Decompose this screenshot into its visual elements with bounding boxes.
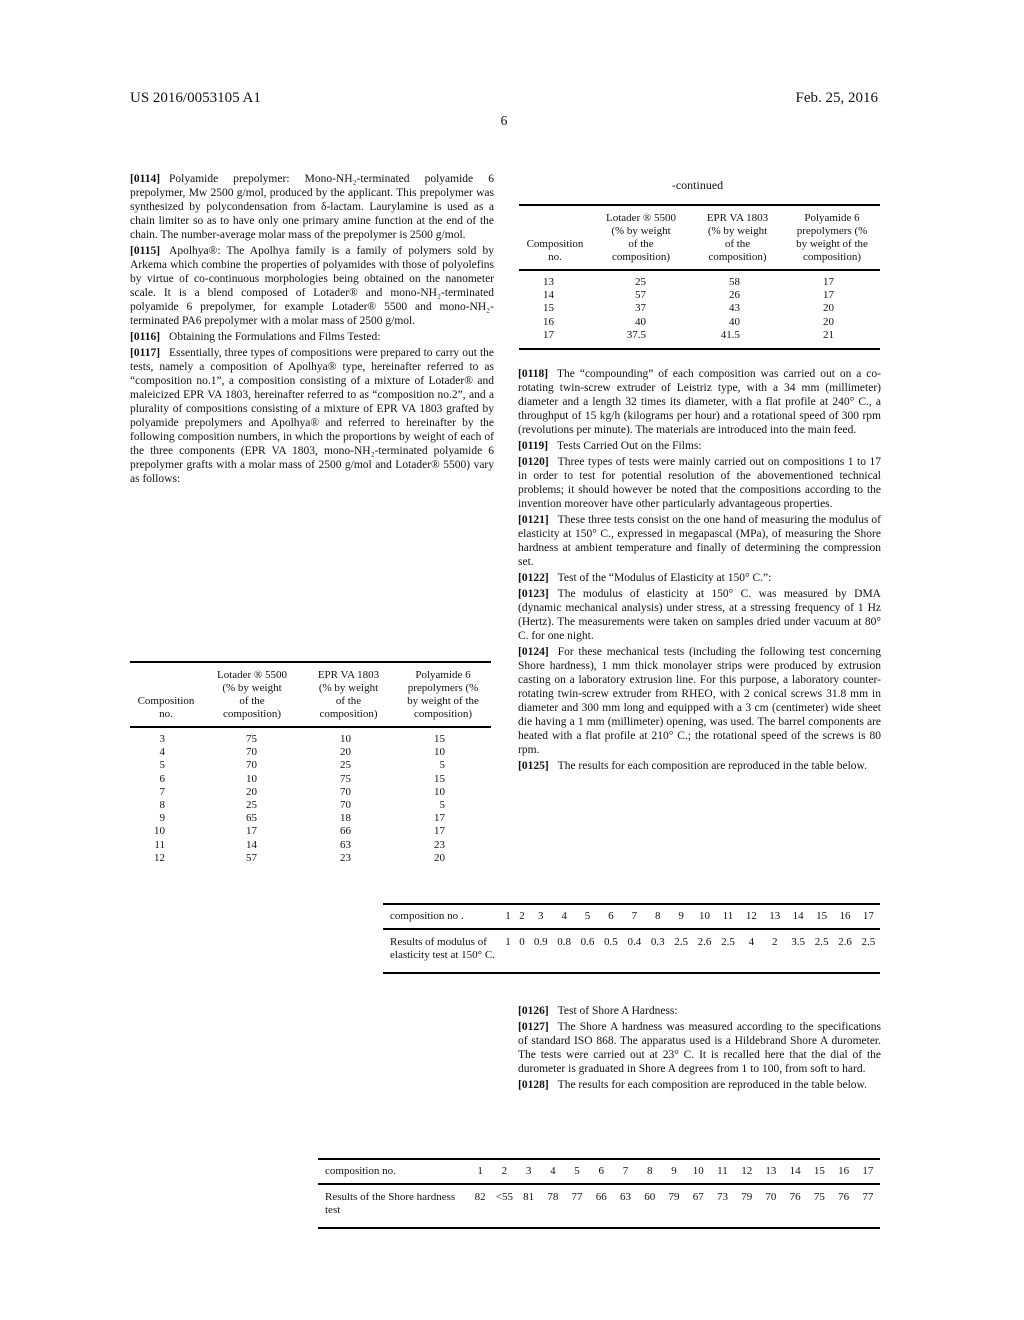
page-number: 6 [130,113,878,129]
table-row: 13255817 [519,270,880,289]
patent-page: { "colors": {"text": "#111111", "backgro… [0,0,1024,1320]
paragraph-number: [0126] [518,1005,549,1017]
row-label: Results of the Shore hardness test [318,1191,468,1218]
table-cell: 23 [395,839,491,852]
composition-number: 15 [807,1165,831,1179]
composition-number: 12 [735,1165,759,1179]
result-value: <55 [492,1191,516,1205]
row-label: Results of modulus of elasticity test at… [383,936,501,963]
table-row: 825705 [130,799,491,812]
composition-number: 17 [856,1165,880,1179]
result-value: 76 [832,1191,856,1205]
row-label: composition no . [383,910,501,924]
table-cell: 63 [302,839,395,852]
table-cell: 10 [130,825,202,838]
right-column-1: [0118]The “compounding” of each composit… [518,367,881,775]
patent-number: US 2016/0053105 A1 [130,90,261,107]
table-cell: 17 [519,329,591,349]
paragraph-0118: [0118]The “compounding” of each composit… [518,367,881,437]
table-cell: 70 [302,786,395,799]
paragraph-text: For these mechanical tests (including th… [518,646,881,756]
paragraph-text: The modulus of elasticity at 150° C. was… [518,588,881,642]
table-row: 15374320 [519,302,880,315]
result-value: 0.5 [599,936,622,950]
table-cell: 20 [302,746,395,759]
table-cell: 40 [591,316,691,329]
result-value: 77 [856,1191,880,1205]
result-value: 0.3 [646,936,669,950]
row-label: composition no. [318,1165,468,1179]
result-value: 0.8 [552,936,575,950]
composition-number: 3 [529,910,552,924]
table-cell: 26 [691,289,784,302]
table-cell: 20 [202,786,302,799]
paragraph-text: Polyamide prepolymer: Mono-NH₂-terminate… [130,173,494,241]
paragraph-0123: [0123]The modulus of elasticity at 150° … [518,587,881,643]
table-cell: 75 [202,727,302,746]
table-cell: 9 [130,812,202,825]
table-row: 1737.541.521 [519,329,880,349]
paragraph-number: [0122] [518,572,549,584]
paragraph-text: The “compounding” of each composition wa… [518,368,881,436]
table-cell: 20 [784,316,880,329]
paragraph-number: [0118] [518,368,548,380]
result-value: 66 [589,1191,613,1205]
results-row: composition no .123456789101112131415161… [383,905,880,930]
paragraph-number: [0125] [518,760,549,772]
table-cell: 14 [202,839,302,852]
column-header: EPR VA 1803 (% by weight of the composit… [691,205,784,270]
paragraph-text: Essentially, three types of compositions… [130,347,494,485]
paragraph-0127: [0127]The Shore A hardness was measured … [518,1020,881,1076]
table-cell: 75 [302,773,395,786]
table-cell: 10 [395,746,491,759]
table-row: 570255 [130,759,491,772]
paragraph-number: [0117] [130,347,160,359]
table-cell: 15 [519,302,591,315]
table-cell: 17 [395,812,491,825]
table-cell: 10 [202,773,302,786]
paragraph-0126: [0126]Test of Shore A Hardness: [518,1004,881,1018]
composition-number: 1 [501,910,515,924]
table-cell: 57 [202,852,302,865]
composition-number: 8 [638,1165,662,1179]
table-cell: 17 [784,270,880,289]
result-value: 0 [515,936,529,950]
shore-results-table: composition no.1234567891011121314151617… [318,1158,880,1229]
column-header: Composition no. [519,205,591,270]
table-cell: 58 [691,270,784,289]
table-cell: 5 [395,799,491,812]
paragraph-text: Test of the “Modulus of Elasticity at 15… [558,572,772,584]
paragraph-text: The results for each composition are rep… [558,760,867,772]
table-cell: 13 [519,270,591,289]
column-header: EPR VA 1803 (% by weight of the composit… [302,662,395,727]
table-cell: 17 [395,825,491,838]
composition-number: 14 [786,910,809,924]
paragraph-number: [0124] [518,646,549,658]
composition-number: 10 [693,910,716,924]
paragraph-number: [0120] [518,456,549,468]
column-header: Lotader ® 5500 (% by weight of the compo… [591,205,691,270]
column-header: Lotader ® 5500 (% by weight of the compo… [202,662,302,727]
paragraph-0119: [0119]Tests Carried Out on the Films: [518,439,881,453]
row-values: 1234567891011121314151617 [468,1165,880,1179]
paragraph-text: Tests Carried Out on the Films: [557,440,702,452]
table-cell: 70 [302,799,395,812]
table-cell: 15 [395,773,491,786]
header-row: Composition no.Lotader ® 5500 (% by weig… [130,662,491,727]
paragraph-text: Three types of tests were mainly carried… [518,456,881,510]
table-cell: 15 [395,727,491,746]
paragraph-0117: [0117]Essentially, three types of compos… [130,346,494,486]
composition-number: 3 [516,1165,540,1179]
composition-number: 13 [763,910,786,924]
modulus-results-table: composition no .123456789101112131415161… [383,903,880,974]
table-cell: 41.5 [691,329,784,349]
composition-number: 17 [857,910,880,924]
result-value: 2.5 [857,936,880,950]
result-value: 76 [783,1191,807,1205]
table-cell: 66 [302,825,395,838]
paragraph-text: The Shore A hardness was measured accord… [518,1021,881,1075]
table-cell: 70 [202,746,302,759]
result-value: 2.5 [716,936,739,950]
table-cell: 37.5 [591,329,691,349]
table-row: 16404020 [519,316,880,329]
table-cell: 16 [519,316,591,329]
table-row: 3751015 [130,727,491,746]
paragraph-text: Obtaining the Formulations and Films Tes… [169,331,380,343]
paragraph-number: [0123] [518,588,549,600]
composition-number: 9 [662,1165,686,1179]
composition-number: 16 [833,910,856,924]
paragraph-text: These three tests consist on the one han… [518,514,881,568]
result-value: 0.9 [529,936,552,950]
table-row: 7207010 [130,786,491,799]
table-cell: 12 [130,852,202,865]
table-cell: 25 [591,270,691,289]
table-cell: 40 [691,316,784,329]
table-row: 9651817 [130,812,491,825]
table-cell: 14 [519,289,591,302]
paragraph-number: [0119] [518,440,548,452]
paragraph-0128: [0128]The results for each composition a… [518,1078,881,1092]
result-value: 82 [468,1191,492,1205]
table-cell: 5 [395,759,491,772]
paragraph-number: [0121] [518,514,549,526]
table-row: 6107515 [130,773,491,786]
result-value: 2 [763,936,786,950]
paragraph-text: The results for each composition are rep… [558,1079,867,1091]
composition-number: 7 [623,910,646,924]
table-cell: 4 [130,746,202,759]
paragraph-0114: [0114]Polyamide prepolymer: Mono-NH₂-ter… [130,172,494,242]
table-cell: 3 [130,727,202,746]
table-cell: 18 [302,812,395,825]
table-cell: 57 [591,289,691,302]
composition-number: 8 [646,910,669,924]
results-row: Results of the Shore hardness test82<558… [318,1185,880,1227]
composition-table-1: Composition no.Lotader ® 5500 (% by weig… [130,661,491,865]
table-cell: 6 [130,773,202,786]
table-cell: 5 [130,759,202,772]
composition-number: 2 [515,910,529,924]
column-header: Composition no. [130,662,202,727]
composition-number: 16 [832,1165,856,1179]
composition-number: 6 [589,1165,613,1179]
composition-number: 9 [669,910,692,924]
composition-number: 12 [740,910,763,924]
table-row: 4702010 [130,746,491,759]
table-cell: 17 [784,289,880,302]
table-row: 12572320 [130,852,491,865]
composition-number: 11 [716,910,739,924]
paragraph-0115: [0115]Apolhya®: The Apolhya family is a … [130,244,494,328]
table-cell: 20 [784,302,880,315]
continued-label: -continued [519,178,876,193]
publication-date: Feb. 25, 2016 [518,90,878,107]
table-cell: 65 [202,812,302,825]
composition-table-2: Composition no.Lotader ® 5500 (% by weig… [519,204,880,350]
composition-number: 15 [810,910,833,924]
result-value: 78 [541,1191,565,1205]
result-value: 67 [686,1191,710,1205]
composition-number: 2 [492,1165,516,1179]
paragraph-number: [0128] [518,1079,549,1091]
table-cell: 17 [202,825,302,838]
paragraph-text: Apolhya®: The Apolhya family is a family… [130,245,494,327]
result-value: 0.4 [623,936,646,950]
result-value: 1 [501,936,515,950]
table-row: 14572617 [519,289,880,302]
result-value: 2.6 [693,936,716,950]
row-values: 82<55817877666360796773797076757677 [468,1191,880,1205]
table-cell: 37 [591,302,691,315]
result-value: 4 [740,936,763,950]
table-cell: 21 [784,329,880,349]
composition-number: 1 [468,1165,492,1179]
left-column: [0114]Polyamide prepolymer: Mono-NH₂-ter… [130,172,494,488]
result-value: 70 [759,1191,783,1205]
results-row: composition no.1234567891011121314151617 [318,1160,880,1185]
result-value: 81 [516,1191,540,1205]
table-cell: 70 [202,759,302,772]
paragraph-0121: [0121]These three tests consist on the o… [518,513,881,569]
result-value: 79 [735,1191,759,1205]
composition-number: 4 [552,910,575,924]
composition-number: 14 [783,1165,807,1179]
composition-number: 11 [710,1165,734,1179]
result-value: 60 [638,1191,662,1205]
table-cell: 25 [302,759,395,772]
paragraph-0125: [0125]The results for each composition a… [518,759,881,773]
table-row: 10176617 [130,825,491,838]
composition-number: 7 [613,1165,637,1179]
paragraph-0124: [0124]For these mechanical tests (includ… [518,645,881,757]
table-cell: 11 [130,839,202,852]
row-values: 1234567891011121314151617 [501,910,880,924]
composition-number: 6 [599,910,622,924]
result-value: 75 [807,1191,831,1205]
table-cell: 25 [202,799,302,812]
paragraph-number: [0116] [130,331,160,343]
header-row: Composition no.Lotader ® 5500 (% by weig… [519,205,880,270]
paragraph-0122: [0122]Test of the “Modulus of Elasticity… [518,571,881,585]
table-cell: 8 [130,799,202,812]
table-cell: 43 [691,302,784,315]
table-cell: 10 [302,727,395,746]
result-value: 2.6 [833,936,856,950]
paragraph-number: [0127] [518,1021,549,1033]
paragraph-number: [0114] [130,173,160,185]
composition-number: 10 [686,1165,710,1179]
result-value: 2.5 [669,936,692,950]
right-column-2: [0126]Test of Shore A Hardness:[0127]The… [518,1004,881,1094]
result-value: 3.5 [786,936,809,950]
column-header: Polyamide 6 prepolymers (% by weight of … [395,662,491,727]
composition-number: 5 [576,910,599,924]
result-value: 77 [565,1191,589,1205]
result-value: 63 [613,1191,637,1205]
results-row: Results of modulus of elasticity test at… [383,930,880,972]
result-value: 79 [662,1191,686,1205]
table-row: 11146323 [130,839,491,852]
row-values: 100.90.80.60.50.40.32.52.62.5423.52.52.6… [501,936,880,950]
paragraph-0116: [0116]Obtaining the Formulations and Fil… [130,330,494,344]
result-value: 73 [710,1191,734,1205]
paragraph-number: [0115] [130,245,160,257]
composition-number: 5 [565,1165,589,1179]
column-header: Polyamide 6 prepolymers (% by weight of … [784,205,880,270]
table-cell: 23 [302,852,395,865]
result-value: 0.6 [576,936,599,950]
paragraph-text: Test of Shore A Hardness: [558,1005,678,1017]
composition-number: 13 [759,1165,783,1179]
table-cell: 7 [130,786,202,799]
table-cell: 20 [395,852,491,865]
table-cell: 10 [395,786,491,799]
result-value: 2.5 [810,936,833,950]
composition-number: 4 [541,1165,565,1179]
paragraph-0120: [0120]Three types of tests were mainly c… [518,455,881,511]
